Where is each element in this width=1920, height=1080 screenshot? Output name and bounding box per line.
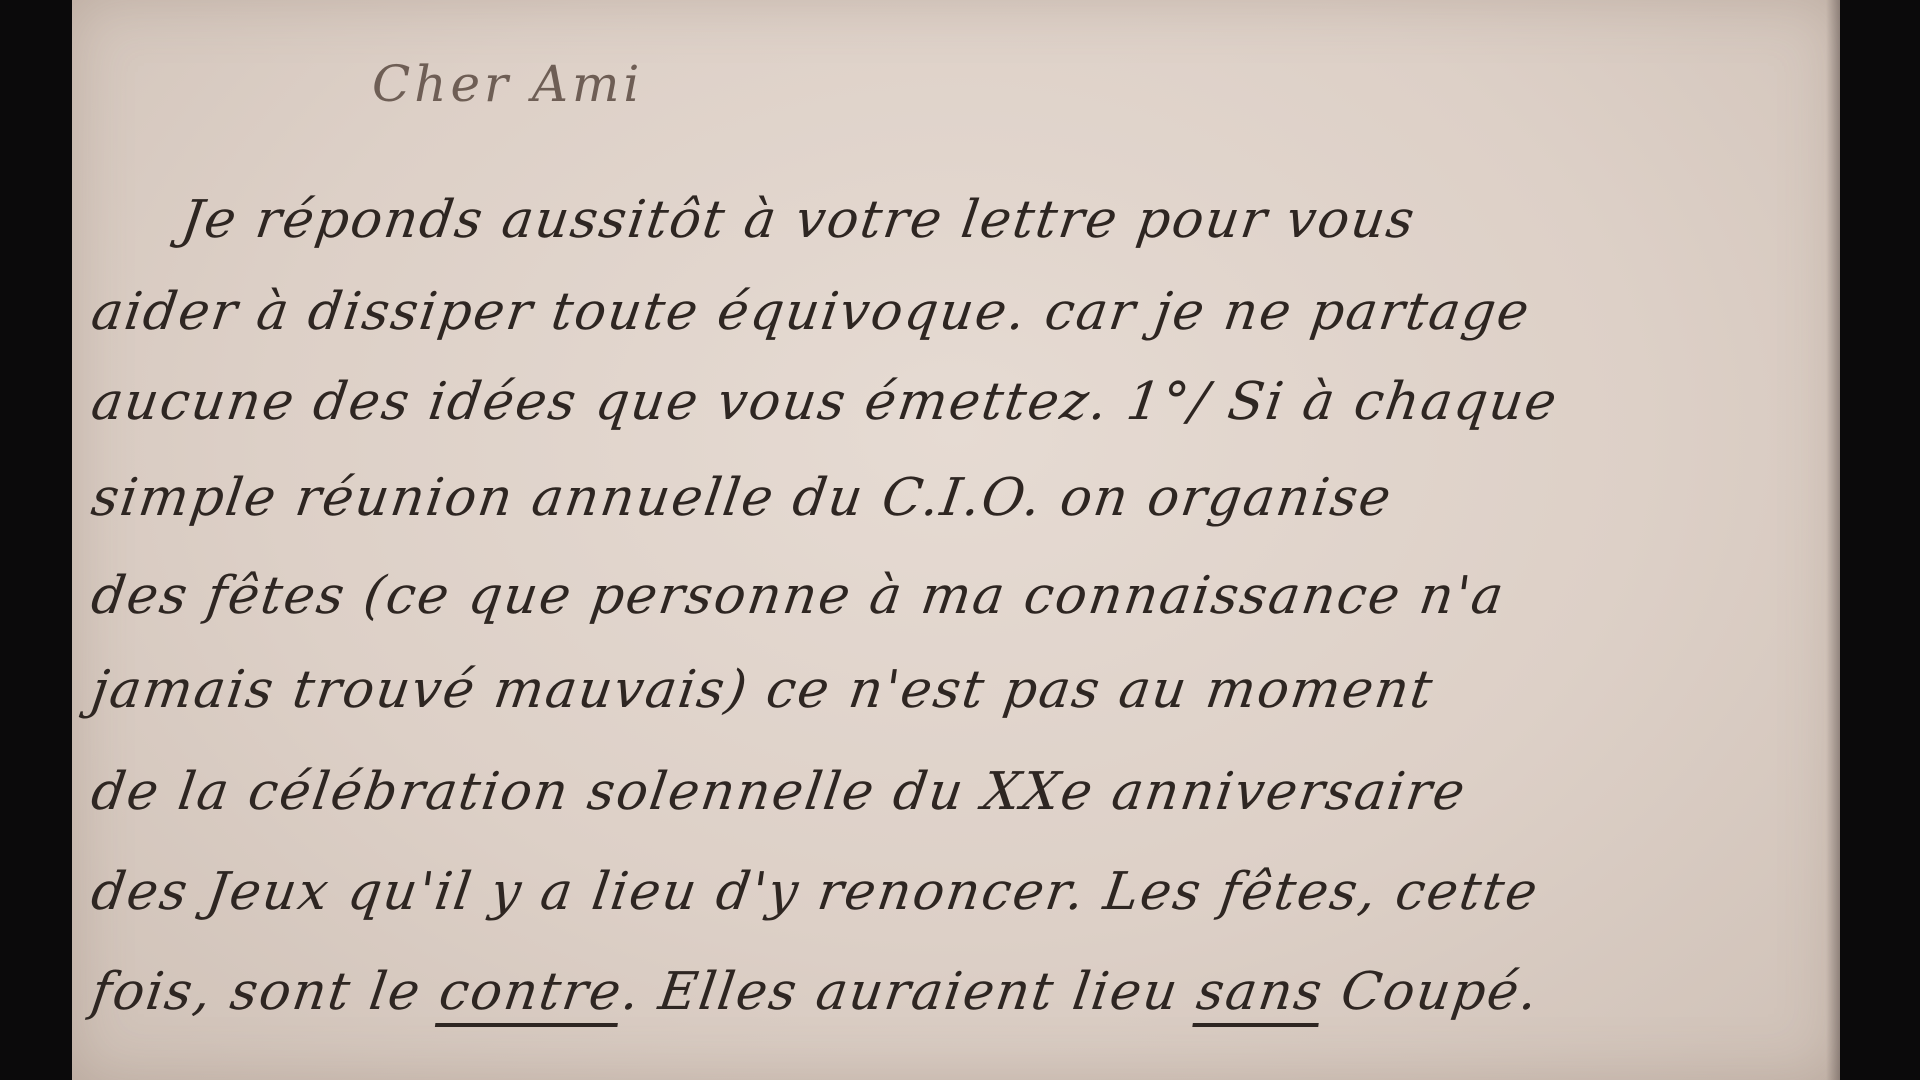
underlined-word-sans: sans bbox=[1193, 962, 1327, 1022]
letter-salutation: Cher Ami bbox=[372, 55, 643, 113]
line-9-middle: . Elles auraient lieu bbox=[618, 962, 1201, 1022]
letter-paper: Cher Ami Je réponds aussitôt à votre let… bbox=[72, 0, 1840, 1080]
letter-line-3: aucune des idées que vous émettez. 1°/ S… bbox=[88, 372, 1562, 432]
letter-line-5: des fêtes (ce que personne à ma connaiss… bbox=[88, 566, 1509, 626]
letter-line-7: de la célébration solennelle du XXe anni… bbox=[88, 762, 1470, 822]
letter-line-4: simple réunion annuelle du C.I.O. on org… bbox=[88, 468, 1397, 528]
letter-line-6: jamais trouvé mauvais) ce n'est pas au m… bbox=[88, 660, 1438, 720]
letter-line-1: Je réponds aussitôt à votre lettre pour … bbox=[178, 190, 1420, 250]
photo-scene: Cher Ami Je réponds aussitôt à votre let… bbox=[0, 0, 1920, 1080]
letter-line-9: fois, sont le contre. Elles auraient lie… bbox=[88, 962, 1543, 1022]
line-9-end: Coupé. bbox=[1319, 962, 1543, 1022]
underlined-word-contre: contre bbox=[436, 962, 627, 1022]
line-9-start: fois, sont le bbox=[88, 962, 444, 1022]
letter-line-2: aider à dissiper toute équivoque. car je… bbox=[88, 282, 1535, 342]
letter-line-8: des Jeux qu'il y a lieu d'y renoncer. Le… bbox=[88, 862, 1543, 922]
